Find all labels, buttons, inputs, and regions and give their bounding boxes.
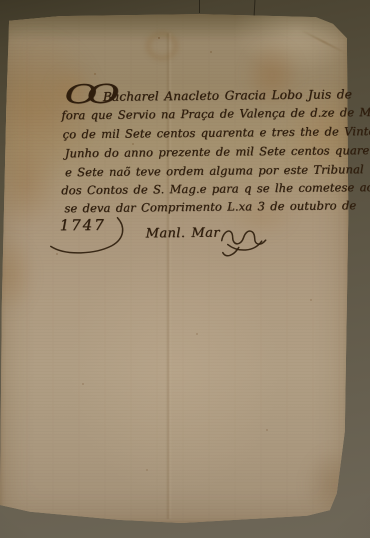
signature-paraph [218, 220, 268, 261]
text-line-7: se deva dar Comprimento L.xa 3 de outubr… [64, 198, 356, 215]
text-line-1: Bacharel Anacleto Gracia Lobo Juis de [103, 87, 352, 105]
text-line: OO Bacharel Anacleto Gracia Lobo Juis de [58, 82, 352, 105]
text-line-2: fora que Servio na Praça de Valença de d… [61, 105, 370, 122]
signature: Manl. Mar [146, 226, 220, 242]
photograph: OO Bacharel Anacleto Gracia Lobo Juis de… [0, 0, 370, 538]
handwritten-text: OO Bacharel Anacleto Gracia Lobo Juis de… [0, 0, 370, 538]
opening-flourish: OO [64, 85, 109, 105]
text-line-4: Junho do anno prezente de mil Sete cento… [65, 143, 370, 160]
year-flourish-stroke [47, 215, 125, 262]
text-line-5: e Sete naõ teve ordem alguma por este Tr… [65, 162, 364, 179]
text-line-6: dos Contos de S. Mag.e para q se lhe com… [61, 180, 370, 198]
text-line-3: ço de mil Sete centos quarenta e tres th… [63, 124, 370, 141]
